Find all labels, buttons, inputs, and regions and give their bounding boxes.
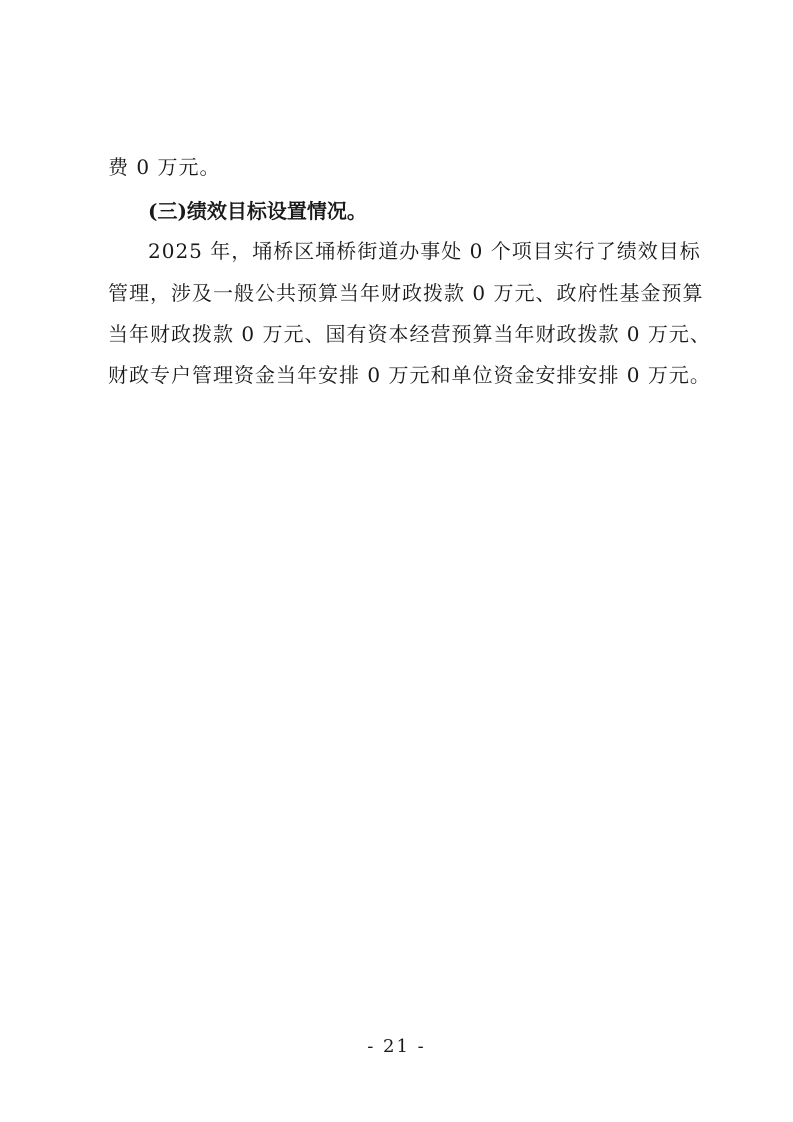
paragraph-line-1: 2025 年，埇桥区埇桥街道办事处 0 个项目实行了绩效目标 [148, 238, 693, 264]
paragraph-continuation: 费 0 万元。 [108, 154, 693, 180]
page-number: - 21 - [0, 1036, 793, 1057]
section-heading: (三)绩效目标设置情况。 [148, 198, 733, 224]
paragraph-line-3: 当年财政拨款 0 万元、国有资本经营预算当年财政拨款 0 万元、 [108, 321, 693, 347]
paragraph-line-4: 财政专户管理资金当年安排 0 万元和单位资金安排安排 0 万元。 [108, 362, 693, 388]
document-page: 费 0 万元。 (三)绩效目标设置情况。 2025 年，埇桥区埇桥街道办事处 0… [0, 0, 793, 1122]
paragraph-line-2: 管理，涉及一般公共预算当年财政拨款 0 万元、政府性基金预算 [108, 280, 693, 306]
